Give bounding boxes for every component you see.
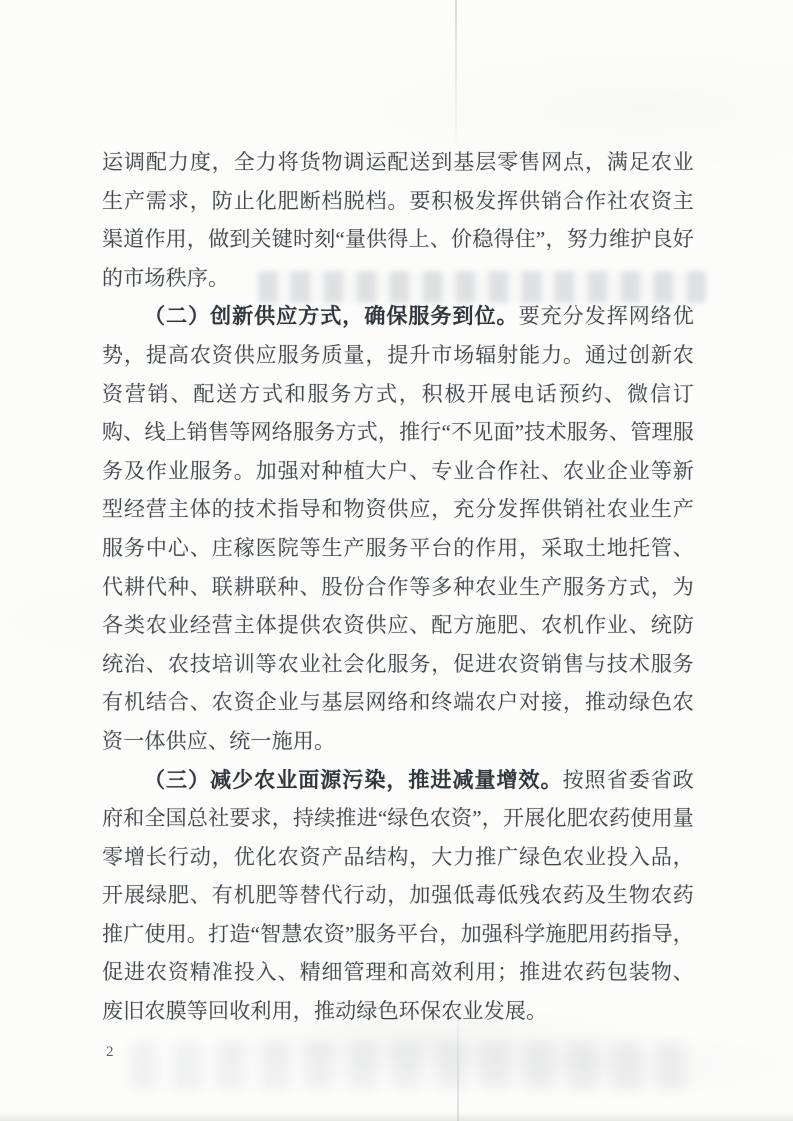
paragraph-body: 要充分发挥网络优势，提高农资供应服务质量，提升市场辐射能力。通过创新农资营销、配…: [102, 304, 694, 753]
paragraph-lead-heading: （二）创新供应方式，确保服务到位。: [144, 304, 519, 328]
paragraph-continuation: 运调配力度，全力将货物调运配送到基层零售网点，满足农业生产需求，防止化肥断档脱档…: [102, 143, 694, 297]
paragraph-section-3: （三）减少农业面源污染，推进减量增效。按照省委省政府和全国总社要求，持续推进“绿…: [102, 761, 694, 1031]
paragraph-section-2: （二）创新供应方式，确保服务到位。要充分发挥网络优势，提高农资供应服务质量，提升…: [102, 297, 694, 760]
page-number: 2: [106, 1044, 114, 1061]
fold-crease-line-top: [455, 0, 457, 142]
paragraph-body: 按照省委省政府和全国总社要求，持续推进“绿色农资”，开展化肥农药使用量零增长行动…: [102, 768, 694, 1024]
paragraph-body: 运调配力度，全力将货物调运配送到基层零售网点，满足农业生产需求，防止化肥断档脱档…: [102, 150, 694, 290]
document-body-text: 运调配力度，全力将货物调运配送到基层零售网点，满足农业生产需求，防止化肥断档脱档…: [102, 143, 694, 1031]
paragraph-lead-heading: （三）减少农业面源污染，推进减量增效。: [144, 768, 563, 792]
document-page: 运调配力度，全力将货物调运配送到基层零售网点，满足农业生产需求，防止化肥断档脱档…: [0, 0, 793, 1121]
page-bottom-edge-shadow: [0, 1112, 793, 1121]
ink-showthrough-smudge: [130, 1042, 690, 1090]
